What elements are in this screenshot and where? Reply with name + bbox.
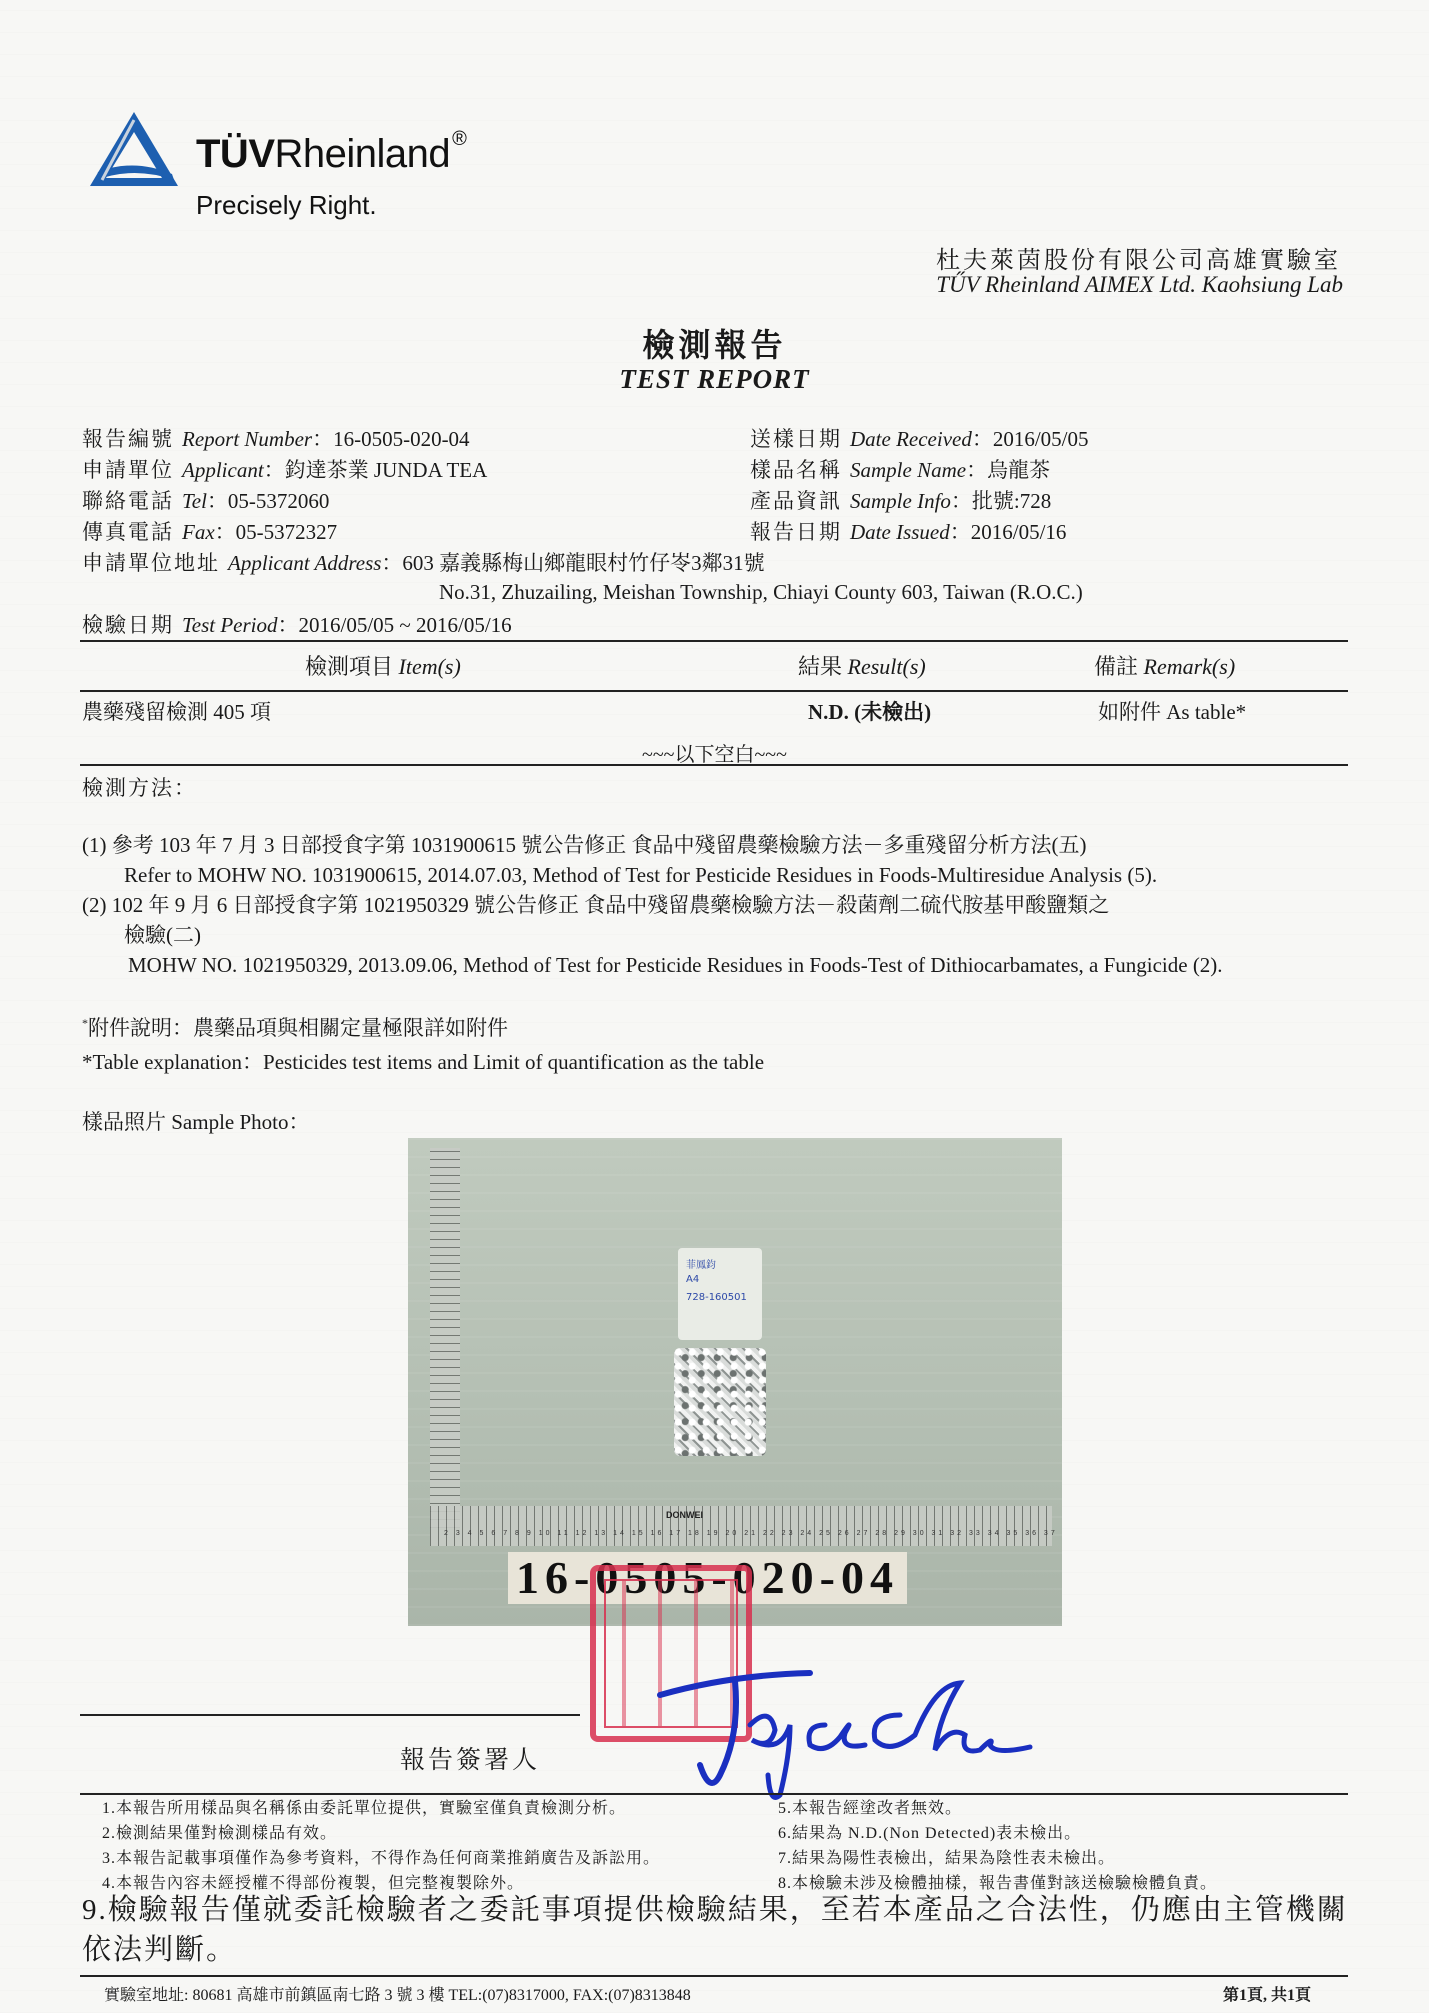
test-report-page: TÜVRheinland® Precisely Right. 杜夫萊茵股份有限公… [0, 0, 1429, 2013]
tel-value: 05-5372060 [228, 489, 330, 513]
note-9: 9.檢驗報告僅就委託檢驗者之委託事項提供檢驗結果，至若本產品之合法性，仍應由主管… [82, 1890, 1362, 1970]
date-received-value: 2016/05/05 [993, 427, 1089, 451]
result-value: N.D. (未檢出) [808, 696, 931, 726]
lab-name-cn: 杜夫萊茵股份有限公司高雄實驗室 [936, 240, 1341, 275]
sample-info-row: 產品資訊Sample Info：批號:728 [750, 486, 1089, 517]
tuv-triangle-logo-icon [88, 110, 180, 190]
footer-page-number: 第1頁, 共1頁 [1223, 1982, 1311, 2005]
result-remark: 如附件 As table* [1098, 696, 1246, 726]
table-note-en: *Table explanation：Pesticides test items… [82, 1046, 764, 1076]
table-note-cn: *附件說明：農藥品項與相關定量極限詳如附件 [82, 1012, 508, 1042]
divider [80, 640, 1348, 642]
sample-photo-label: 樣品照片 Sample Photo： [82, 1106, 310, 1136]
sample-name-row: 樣品名稱Sample Name：烏龍茶 [750, 455, 1089, 486]
ruler-numbers: 2 3 4 5 6 7 8 9 10 11 12 13 14 15 16 17 … [444, 1530, 1062, 1537]
sample-bag-label: 菲鳳鈞 A4 728-160501 [678, 1248, 762, 1340]
header-result: 結果 Result(s) [798, 650, 926, 681]
report-number-value: 16-0505-020-04 [333, 427, 469, 451]
result-item: 農藥殘留檢測 405 項 [82, 696, 271, 726]
brand-name: TÜVRheinland® [196, 128, 466, 177]
blank-below-marker: ~~~以下空白~~~ [0, 738, 1429, 767]
applicant-row: 申請單位Applicant：鈞達茶業 JUNDA TEA [82, 455, 765, 486]
divider [80, 1975, 1348, 1977]
date-issued-row: 報告日期Date Issued：2016/05/16 [750, 517, 1089, 548]
divider [80, 1714, 580, 1716]
report-signer-label: 報告簽署人 [400, 1740, 540, 1776]
info-left-block: 報告編號Report Number：16-0505-020-04 申請單位App… [82, 424, 765, 579]
date-issued-value: 2016/05/16 [971, 520, 1067, 544]
method-2: (2) 102 年 9 月 6 日部授食字第 1021950329 號公告修正 … [82, 890, 1223, 980]
test-period-row: 檢驗日期Test Period：2016/05/05 ~ 2016/05/16 [82, 610, 512, 641]
sample-name-value: 烏龍茶 [987, 458, 1050, 482]
signature-icon [640, 1655, 1040, 1805]
ruler-horizontal [430, 1506, 1052, 1546]
methods-label: 檢測方法： [82, 772, 197, 802]
tel-row: 聯絡電話Tel：05-5372060 [82, 486, 765, 517]
lab-name-en: TŰV Rheinland AIMEX Ltd. Kaohsiung Lab [936, 272, 1343, 298]
notes-right: 5.本報告經塗改者無效。 6.結果為 N.D.(Non Detected)表未檢… [778, 1796, 1217, 1896]
footer-lab-address: 實驗室地址: 80681 高雄市前鎮區南七路 3 號 3 樓 TEL:(07)8… [104, 1982, 691, 2005]
ruler-brand: DONWEI [666, 1510, 703, 1520]
divider [80, 1793, 1348, 1795]
address-row: 申請單位地址Applicant Address：603 嘉義縣梅山鄉龍眼村竹仔岺… [82, 548, 765, 579]
header-remark: 備註 Remark(s) [1094, 650, 1235, 681]
fax-value: 05-5372327 [236, 520, 338, 544]
report-number-row: 報告編號Report Number：16-0505-020-04 [82, 424, 765, 455]
divider [80, 764, 1348, 766]
address-value-en: No.31, Zhuzailing, Meishan Township, Chi… [439, 580, 1083, 605]
date-received-row: 送樣日期Date Received：2016/05/05 [750, 424, 1089, 455]
report-title-cn: 檢測報告 [0, 320, 1429, 366]
sample-photo: DONWEI 2 3 4 5 6 7 8 9 10 11 12 13 14 15… [408, 1138, 1062, 1626]
fax-row: 傳真電話Fax：05-5372327 [82, 517, 765, 548]
divider [80, 690, 1348, 692]
report-title-en: TEST REPORT [0, 364, 1429, 395]
address-value-cn: 603 嘉義縣梅山鄉龍眼村竹仔岺3鄰31號 [402, 551, 764, 575]
notes-left: 1.本報告所用樣品與名稱係由委託單位提供，實驗室僅負責檢測分析。 2.檢測結果僅… [102, 1796, 660, 1896]
applicant-value: 鈞達茶業 JUNDA TEA [285, 458, 488, 482]
ruler-vertical [430, 1148, 460, 1528]
info-right-block: 送樣日期Date Received：2016/05/05 樣品名稱Sample … [750, 424, 1089, 548]
sample-foil-bag [674, 1348, 766, 1456]
brand-tagline: Precisely Right. [196, 190, 377, 221]
test-period-value: 2016/05/05 ~ 2016/05/16 [298, 613, 511, 637]
method-1: (1) 參考 103 年 7 月 3 日部授食字第 1031900615 號公告… [82, 830, 1157, 890]
header-item: 檢測項目 Item(s) [305, 650, 461, 681]
sample-info-value: 批號:728 [972, 489, 1051, 513]
